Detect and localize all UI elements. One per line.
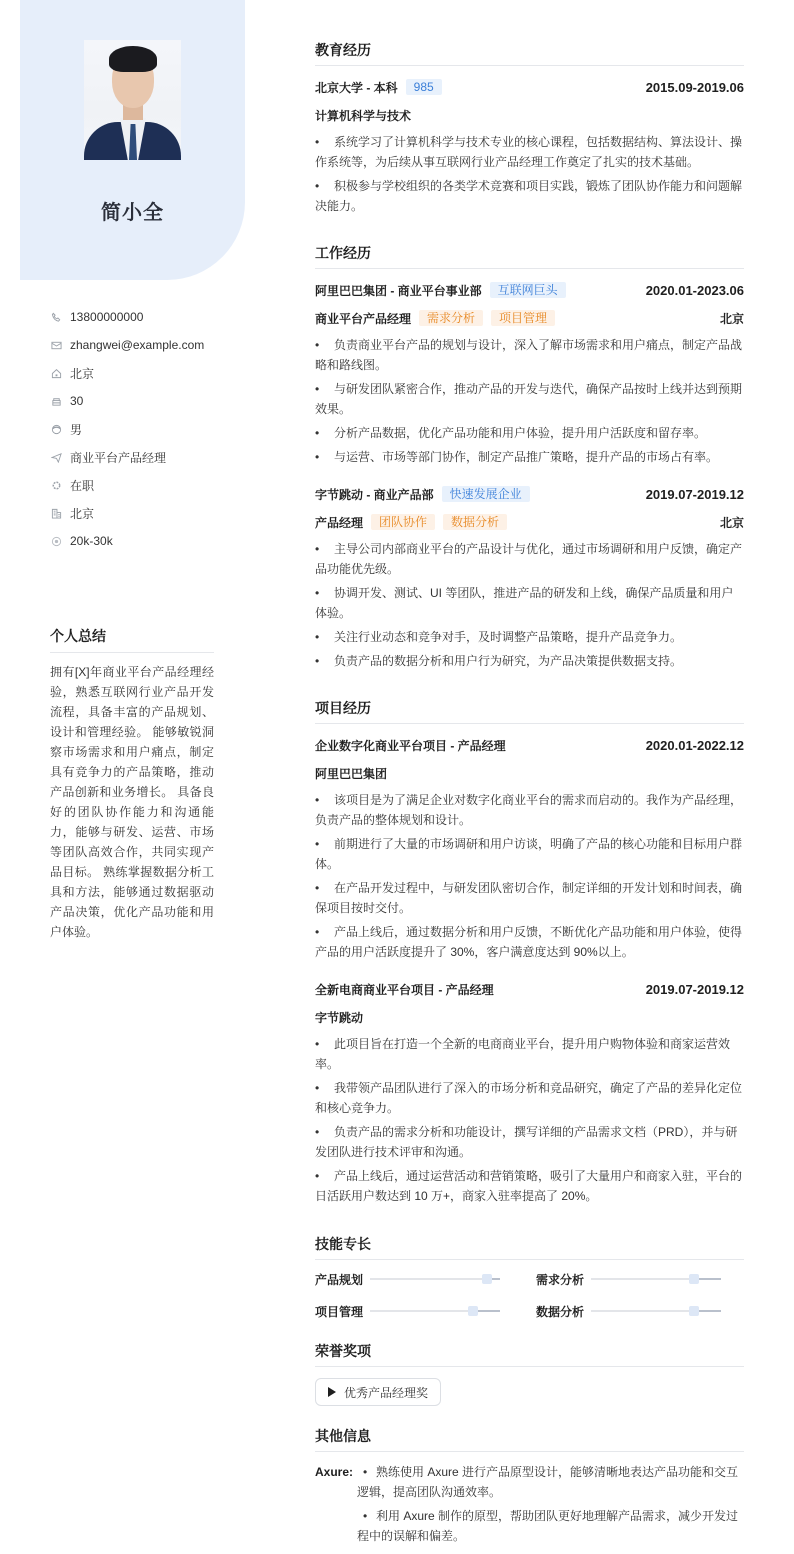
list-item: •协调开发、测试、UI 等团队，推进产品的研发和上线，确保产品质量和用户体验。 bbox=[315, 583, 744, 623]
work-title: 工作经历 bbox=[315, 243, 744, 269]
school-name: 北京大学 - 本科 bbox=[315, 79, 398, 96]
project-name: 全新电商商业平台项目 - 产品经理 bbox=[315, 981, 494, 998]
list-item: •负责商业平台产品的规划与设计，深入了解市场需求和用户痛点，制定产品战略和路线图… bbox=[315, 335, 744, 375]
project-1-bullets: •此项目旨在打造一个全新的电商商业平台，提升用户购物体验和商家运营效率。 •我带… bbox=[315, 1034, 744, 1210]
project-period: 2020.01-2022.12 bbox=[646, 738, 744, 753]
info-gender: 男 bbox=[50, 415, 240, 443]
list-item: •前期进行了大量的市场调研和用户访谈，明确了产品的核心功能和目标用户群体。 bbox=[315, 834, 744, 874]
home-icon bbox=[50, 367, 62, 379]
info-phone: 13800000000 bbox=[50, 303, 240, 331]
info-city: 北京 bbox=[50, 499, 240, 527]
skills-title: 技能专长 bbox=[315, 1234, 744, 1260]
company-tag: 快速发展企业 bbox=[442, 486, 530, 502]
education-title: 教育经历 bbox=[315, 40, 744, 66]
work-0-role: 商业平台产品经理 需求分析 项目管理 北京 bbox=[315, 309, 744, 327]
work-city: 北京 bbox=[720, 514, 744, 531]
project-1-org: 字节跳动 bbox=[315, 1008, 744, 1026]
list-item: •主导公司内部商业平台的产品设计与优化，通过市场调研和用户反馈，确定产品功能优先… bbox=[315, 539, 744, 579]
avatar bbox=[84, 40, 181, 160]
role-tag: 团队协作 bbox=[371, 514, 435, 530]
work-city: 北京 bbox=[720, 310, 744, 327]
info-salary: 20k-30k bbox=[50, 527, 240, 555]
skill-item: 数据分析 bbox=[536, 1302, 721, 1320]
phone-icon bbox=[50, 311, 62, 323]
project-0-bullets: •该项目是为了满足企业对数字化商业平台的需求而启动的。我作为产品经理，负责产品的… bbox=[315, 790, 744, 966]
city-icon bbox=[50, 507, 62, 519]
award-item[interactable]: 优秀产品经理奖 bbox=[315, 1378, 441, 1406]
summary-title: 个人总结 bbox=[50, 626, 214, 653]
skill-slider[interactable] bbox=[370, 1310, 500, 1312]
info-location: 北京 bbox=[50, 359, 240, 387]
project-name: 企业数字化商业平台项目 - 产品经理 bbox=[315, 737, 506, 754]
profile-header bbox=[20, 0, 245, 280]
list-item: •产品上线后，通过运营活动和营销策略，吸引了大量用户和商家入驻，平台的日活跃用户… bbox=[315, 1166, 744, 1206]
company-name: 字节跳动 - 商业产品部 bbox=[315, 486, 434, 503]
work-0-header: 阿里巴巴集团 - 商业平台事业部 互联网巨头 2020.01-2023.06 bbox=[315, 281, 744, 299]
skill-slider[interactable] bbox=[370, 1278, 500, 1280]
other-info: Axure: •熟练使用 Axure 进行产品原型设计，能够清晰地表达产品功能和… bbox=[315, 1462, 744, 1550]
info-status: 在职 bbox=[50, 471, 240, 499]
age-icon bbox=[50, 395, 62, 407]
projects-title: 项目经历 bbox=[315, 698, 744, 724]
education-period: 2015.09-2019.06 bbox=[646, 80, 744, 95]
status-icon bbox=[50, 479, 62, 491]
school-tag: 985 bbox=[406, 79, 442, 95]
role-name: 商业平台产品经理 bbox=[315, 310, 411, 327]
work-0-bullets: •负责商业平台产品的规划与设计，深入了解市场需求和用户痛点，制定产品战略和路线图… bbox=[315, 335, 744, 471]
other-bullets: •熟练使用 Axure 进行产品原型设计，能够清晰地表达产品功能和交互逻辑，提高… bbox=[357, 1462, 744, 1550]
work-1-header: 字节跳动 - 商业产品部 快速发展企业 2019.07-2019.12 bbox=[315, 485, 744, 503]
list-item: •负责产品的需求分析和功能设计，撰写详细的产品需求文档（PRD），并与研发团队进… bbox=[315, 1122, 744, 1162]
list-item: •此项目旨在打造一个全新的电商商业平台，提升用户购物体验和商家运营效率。 bbox=[315, 1034, 744, 1074]
project-period: 2019.07-2019.12 bbox=[646, 982, 744, 997]
salary-icon bbox=[50, 535, 62, 547]
list-item: •我带领产品团队进行了深入的市场分析和竞品研究，确定了产品的差异化定位和核心竞争… bbox=[315, 1078, 744, 1118]
skill-item: 项目管理 bbox=[315, 1302, 500, 1320]
work-1-bullets: •主导公司内部商业平台的产品设计与优化，通过市场调研和用户反馈，确定产品功能优先… bbox=[315, 539, 744, 675]
mail-icon bbox=[50, 339, 62, 351]
info-age: 30 bbox=[50, 387, 240, 415]
education-major: 计算机科学与技术 bbox=[315, 106, 744, 124]
summary-text: 拥有[X]年商业平台产品经理经验，熟悉互联网行业产品开发流程，具备丰富的产品规划… bbox=[50, 662, 214, 942]
work-1-role: 产品经理 团队协作 数据分析 北京 bbox=[315, 513, 744, 531]
company-name: 阿里巴巴集团 - 商业平台事业部 bbox=[315, 282, 482, 299]
project-0-header: 企业数字化商业平台项目 - 产品经理 2020.01-2022.12 bbox=[315, 736, 744, 754]
role-tag: 需求分析 bbox=[419, 310, 483, 326]
list-item: •该项目是为了满足企业对数字化商业平台的需求而启动的。我作为产品经理，负责产品的… bbox=[315, 790, 744, 830]
role-tag: 数据分析 bbox=[443, 514, 507, 530]
list-item: •与研发团队紧密合作，推动产品的开发与迭代，确保产品按时上线并达到预期效果。 bbox=[315, 379, 744, 419]
list-item: •积极参与学校组织的各类学术竞赛和项目实践，锻炼了团队协作能力和问题解决能力。 bbox=[315, 176, 744, 216]
candidate-name: 简小全 bbox=[20, 196, 245, 225]
job-target-icon bbox=[50, 451, 62, 463]
other-title: 其他信息 bbox=[315, 1426, 744, 1452]
list-item: •熟练使用 Axure 进行产品原型设计，能够清晰地表达产品功能和交互逻辑，提高… bbox=[357, 1462, 744, 1502]
list-item: •与运营、市场等部门协作，制定产品推广策略，提升产品的市场占有率。 bbox=[315, 447, 744, 467]
info-email: zhangwei@example.com bbox=[50, 331, 240, 359]
list-item: •系统学习了计算机科学与技术专业的核心课程，包括数据结构、算法设计、操作系统等，… bbox=[315, 132, 744, 172]
play-triangle-icon bbox=[328, 1387, 336, 1397]
list-item: •在产品开发过程中，与研发团队密切合作，制定详细的开发计划和时间表，确保项目按时… bbox=[315, 878, 744, 918]
role-name: 产品经理 bbox=[315, 514, 363, 531]
education-bullets: •系统学习了计算机科学与技术专业的核心课程，包括数据结构、算法设计、操作系统等，… bbox=[315, 132, 744, 220]
project-0-org: 阿里巴巴集团 bbox=[315, 764, 744, 782]
info-target-job: 商业平台产品经理 bbox=[50, 443, 240, 471]
list-item: •分析产品数据，优化产品功能和用户体验，提升用户活跃度和留存率。 bbox=[315, 423, 744, 443]
role-tag: 项目管理 bbox=[491, 310, 555, 326]
contact-info: 13800000000 zhangwei@example.com 北京 30 男… bbox=[50, 303, 240, 555]
list-item: •产品上线后，通过数据分析和用户反馈，不断优化产品功能和用户体验，使得产品的用户… bbox=[315, 922, 744, 962]
sidebar: 简小全 13800000000 zhangwei@example.com 北京 … bbox=[0, 0, 260, 1554]
company-tag: 互联网巨头 bbox=[490, 282, 566, 298]
skill-item: 需求分析 bbox=[536, 1270, 721, 1288]
other-label: Axure: bbox=[315, 1462, 357, 1550]
project-1-header: 全新电商商业平台项目 - 产品经理 2019.07-2019.12 bbox=[315, 980, 744, 998]
work-period: 2019.07-2019.12 bbox=[646, 487, 744, 502]
awards-title: 荣誉奖项 bbox=[315, 1341, 744, 1367]
skill-slider[interactable] bbox=[591, 1278, 721, 1280]
list-item: •利用 Axure 制作的原型，帮助团队更好地理解产品需求，减少开发过程中的误解… bbox=[357, 1506, 744, 1546]
skill-slider[interactable] bbox=[591, 1310, 721, 1312]
education-header: 北京大学 - 本科 985 2015.09-2019.06 bbox=[315, 78, 744, 96]
gender-icon bbox=[50, 423, 62, 435]
skill-item: 产品规划 bbox=[315, 1270, 500, 1288]
list-item: •负责产品的数据分析和用户行为研究，为产品决策提供数据支持。 bbox=[315, 651, 744, 671]
work-period: 2020.01-2023.06 bbox=[646, 283, 744, 298]
list-item: •关注行业动态和竞争对手，及时调整产品策略，提升产品竞争力。 bbox=[315, 627, 744, 647]
